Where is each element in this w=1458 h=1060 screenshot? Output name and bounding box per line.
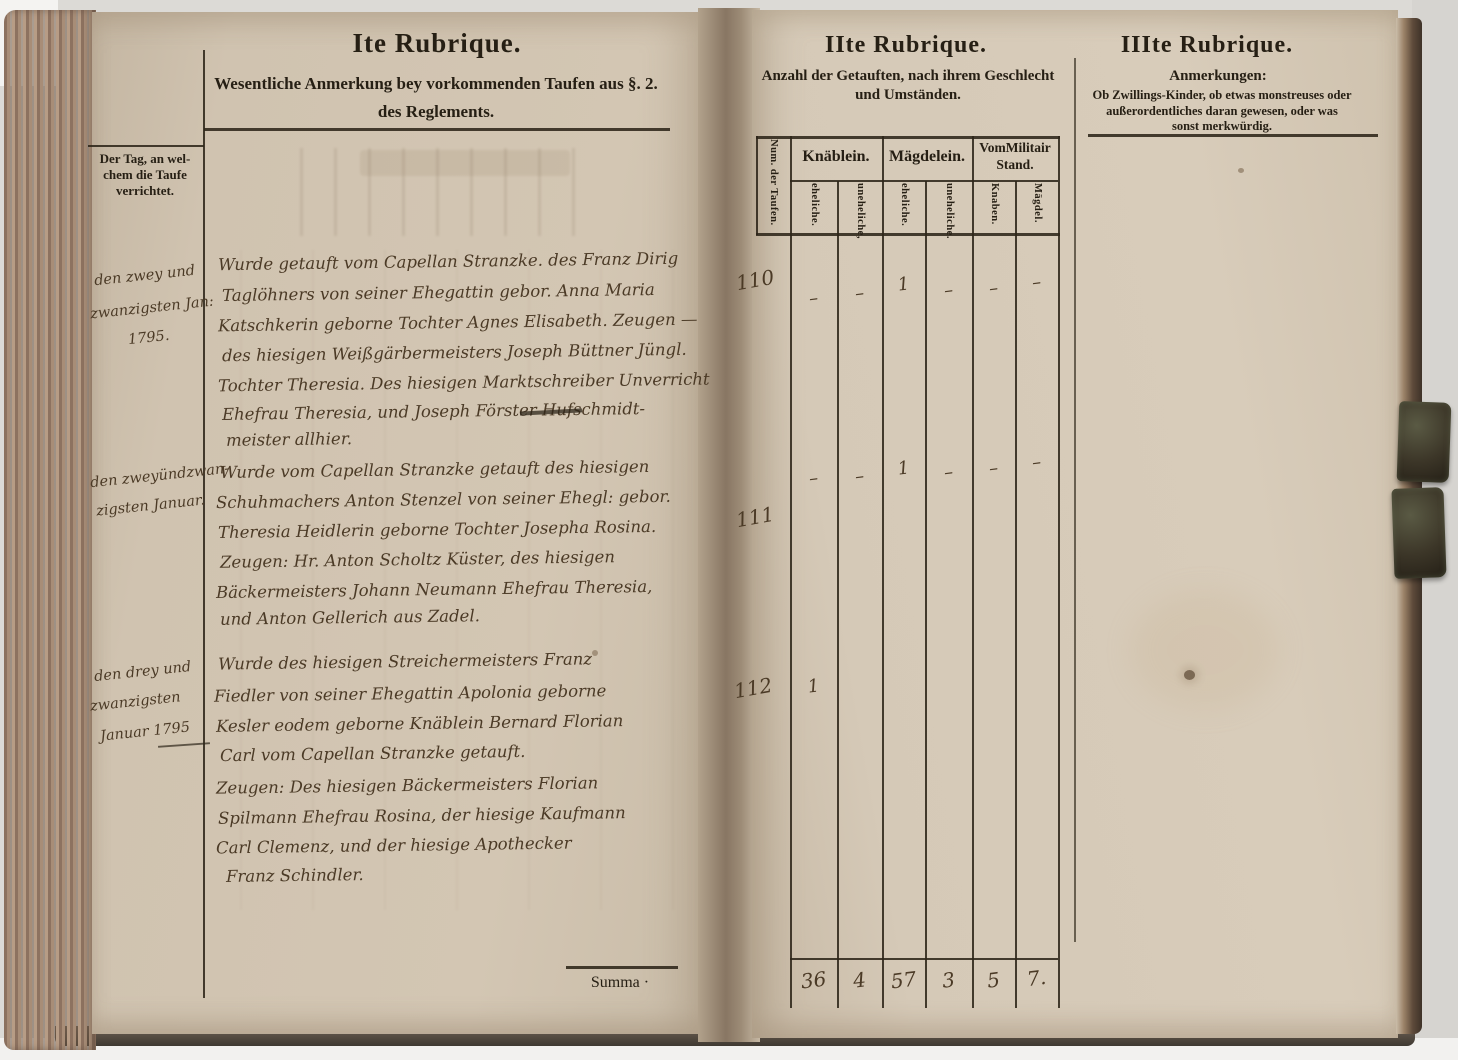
subcolumn-header-4: uneheliche. bbox=[927, 183, 972, 233]
rubrique3-header-rule bbox=[1088, 134, 1378, 137]
small-stain bbox=[1238, 168, 1244, 173]
summa-label: Summa · bbox=[560, 974, 680, 992]
subcolumn-header-1: eheliche. bbox=[792, 183, 837, 233]
group-header-militair-line2: Stand. bbox=[972, 157, 1058, 173]
date-column-top-rule bbox=[88, 145, 204, 147]
rubrique2-subtitle-line1: Anzahl der Getauften, nach ihrem Geschle… bbox=[748, 68, 1068, 85]
table-border-col3 bbox=[882, 136, 884, 1008]
book-clasp-upper bbox=[1397, 401, 1452, 483]
num-column-header: Num. der Taufen. bbox=[757, 139, 790, 233]
rubrique3-line1: Ob Zwillings-Kinder, ob etwas monstreuse… bbox=[1072, 88, 1372, 103]
left-page-stack-edge bbox=[4, 10, 96, 1050]
date-column-header-line1: Der Tag, an wel- bbox=[88, 151, 202, 167]
group-header-militair-line1: VomMilitair bbox=[972, 140, 1058, 156]
rubrique1-title: Ite Rubrique. bbox=[203, 28, 671, 59]
rubrique3-line3: sonst merkwürdig. bbox=[1072, 119, 1372, 134]
rubrique3-line2: außerordentliches daran gewesen, oder wa… bbox=[1072, 104, 1372, 119]
table-summa-rule bbox=[790, 958, 1058, 960]
subcolumn-header-5: Knaben. bbox=[974, 183, 1015, 233]
summa-rule bbox=[566, 966, 678, 969]
subcolumn-label: eheliche. bbox=[809, 183, 820, 233]
table-top-rule bbox=[756, 136, 1060, 139]
subcolumn-label: eheliche. bbox=[899, 183, 910, 233]
rubrique3-heading: Anmerkungen: bbox=[1078, 68, 1358, 85]
rubrique-divider bbox=[1074, 58, 1076, 942]
entry2-text-line6: und Anton Gellerich aus Zadel. bbox=[220, 606, 480, 629]
table-border-col6 bbox=[1015, 181, 1017, 1008]
rubrique3-title: IIIte Rubrique. bbox=[1062, 32, 1352, 59]
faded-stain bbox=[1130, 590, 1280, 710]
subcolumn-header-3: eheliche. bbox=[884, 183, 925, 233]
subcolumn-header-6: Mägdel. bbox=[1017, 183, 1058, 233]
rubrique1-header-rule bbox=[204, 128, 670, 131]
rubrique2-subtitle-line2: und Umständen. bbox=[748, 87, 1068, 104]
entry3-text-line8: Franz Schindler. bbox=[226, 865, 364, 886]
photo-of-open-register: Ite Rubrique. Wesentliche Anmerkung bey … bbox=[0, 0, 1458, 1060]
small-stain bbox=[592, 650, 598, 656]
date-column-header-line2: chem die Taufe bbox=[88, 167, 202, 183]
entry1-text-line7: meister allhier. bbox=[226, 429, 352, 450]
rubrique2-title: IIte Rubrique. bbox=[756, 32, 1056, 59]
date-column-divider bbox=[203, 50, 205, 998]
table-border-col4 bbox=[925, 181, 927, 1008]
subcolumn-label: uneheliche, bbox=[855, 183, 866, 233]
group-header-knaeblein: Knäblein. bbox=[790, 148, 882, 166]
subcolumn-label: Mägdel. bbox=[1032, 183, 1043, 233]
bleedthrough-text-ghost bbox=[360, 150, 570, 176]
subcolumn-label: uneheliche. bbox=[944, 183, 955, 233]
date-column-header-line3: verrichtet. bbox=[88, 183, 202, 199]
subcolumn-label: Knaben. bbox=[989, 183, 1000, 233]
rubrique1-subtitle-line1: Wesentliche Anmerkung bey vorkommenden T… bbox=[196, 74, 676, 94]
table-border-col5 bbox=[972, 136, 974, 1008]
group-header-maegdelein: Mägdelein. bbox=[882, 148, 972, 166]
book-clasp-lower bbox=[1391, 487, 1446, 579]
table-border-col1 bbox=[790, 136, 792, 1008]
num-column-header-label: Num. der Taufen. bbox=[768, 139, 779, 233]
table-border-right bbox=[1058, 136, 1060, 1008]
subcolumn-header-2: uneheliche, bbox=[839, 183, 882, 233]
rubrique1-subtitle-line2: des Reglements. bbox=[196, 102, 676, 122]
table-groupheader-rule bbox=[790, 180, 1058, 182]
